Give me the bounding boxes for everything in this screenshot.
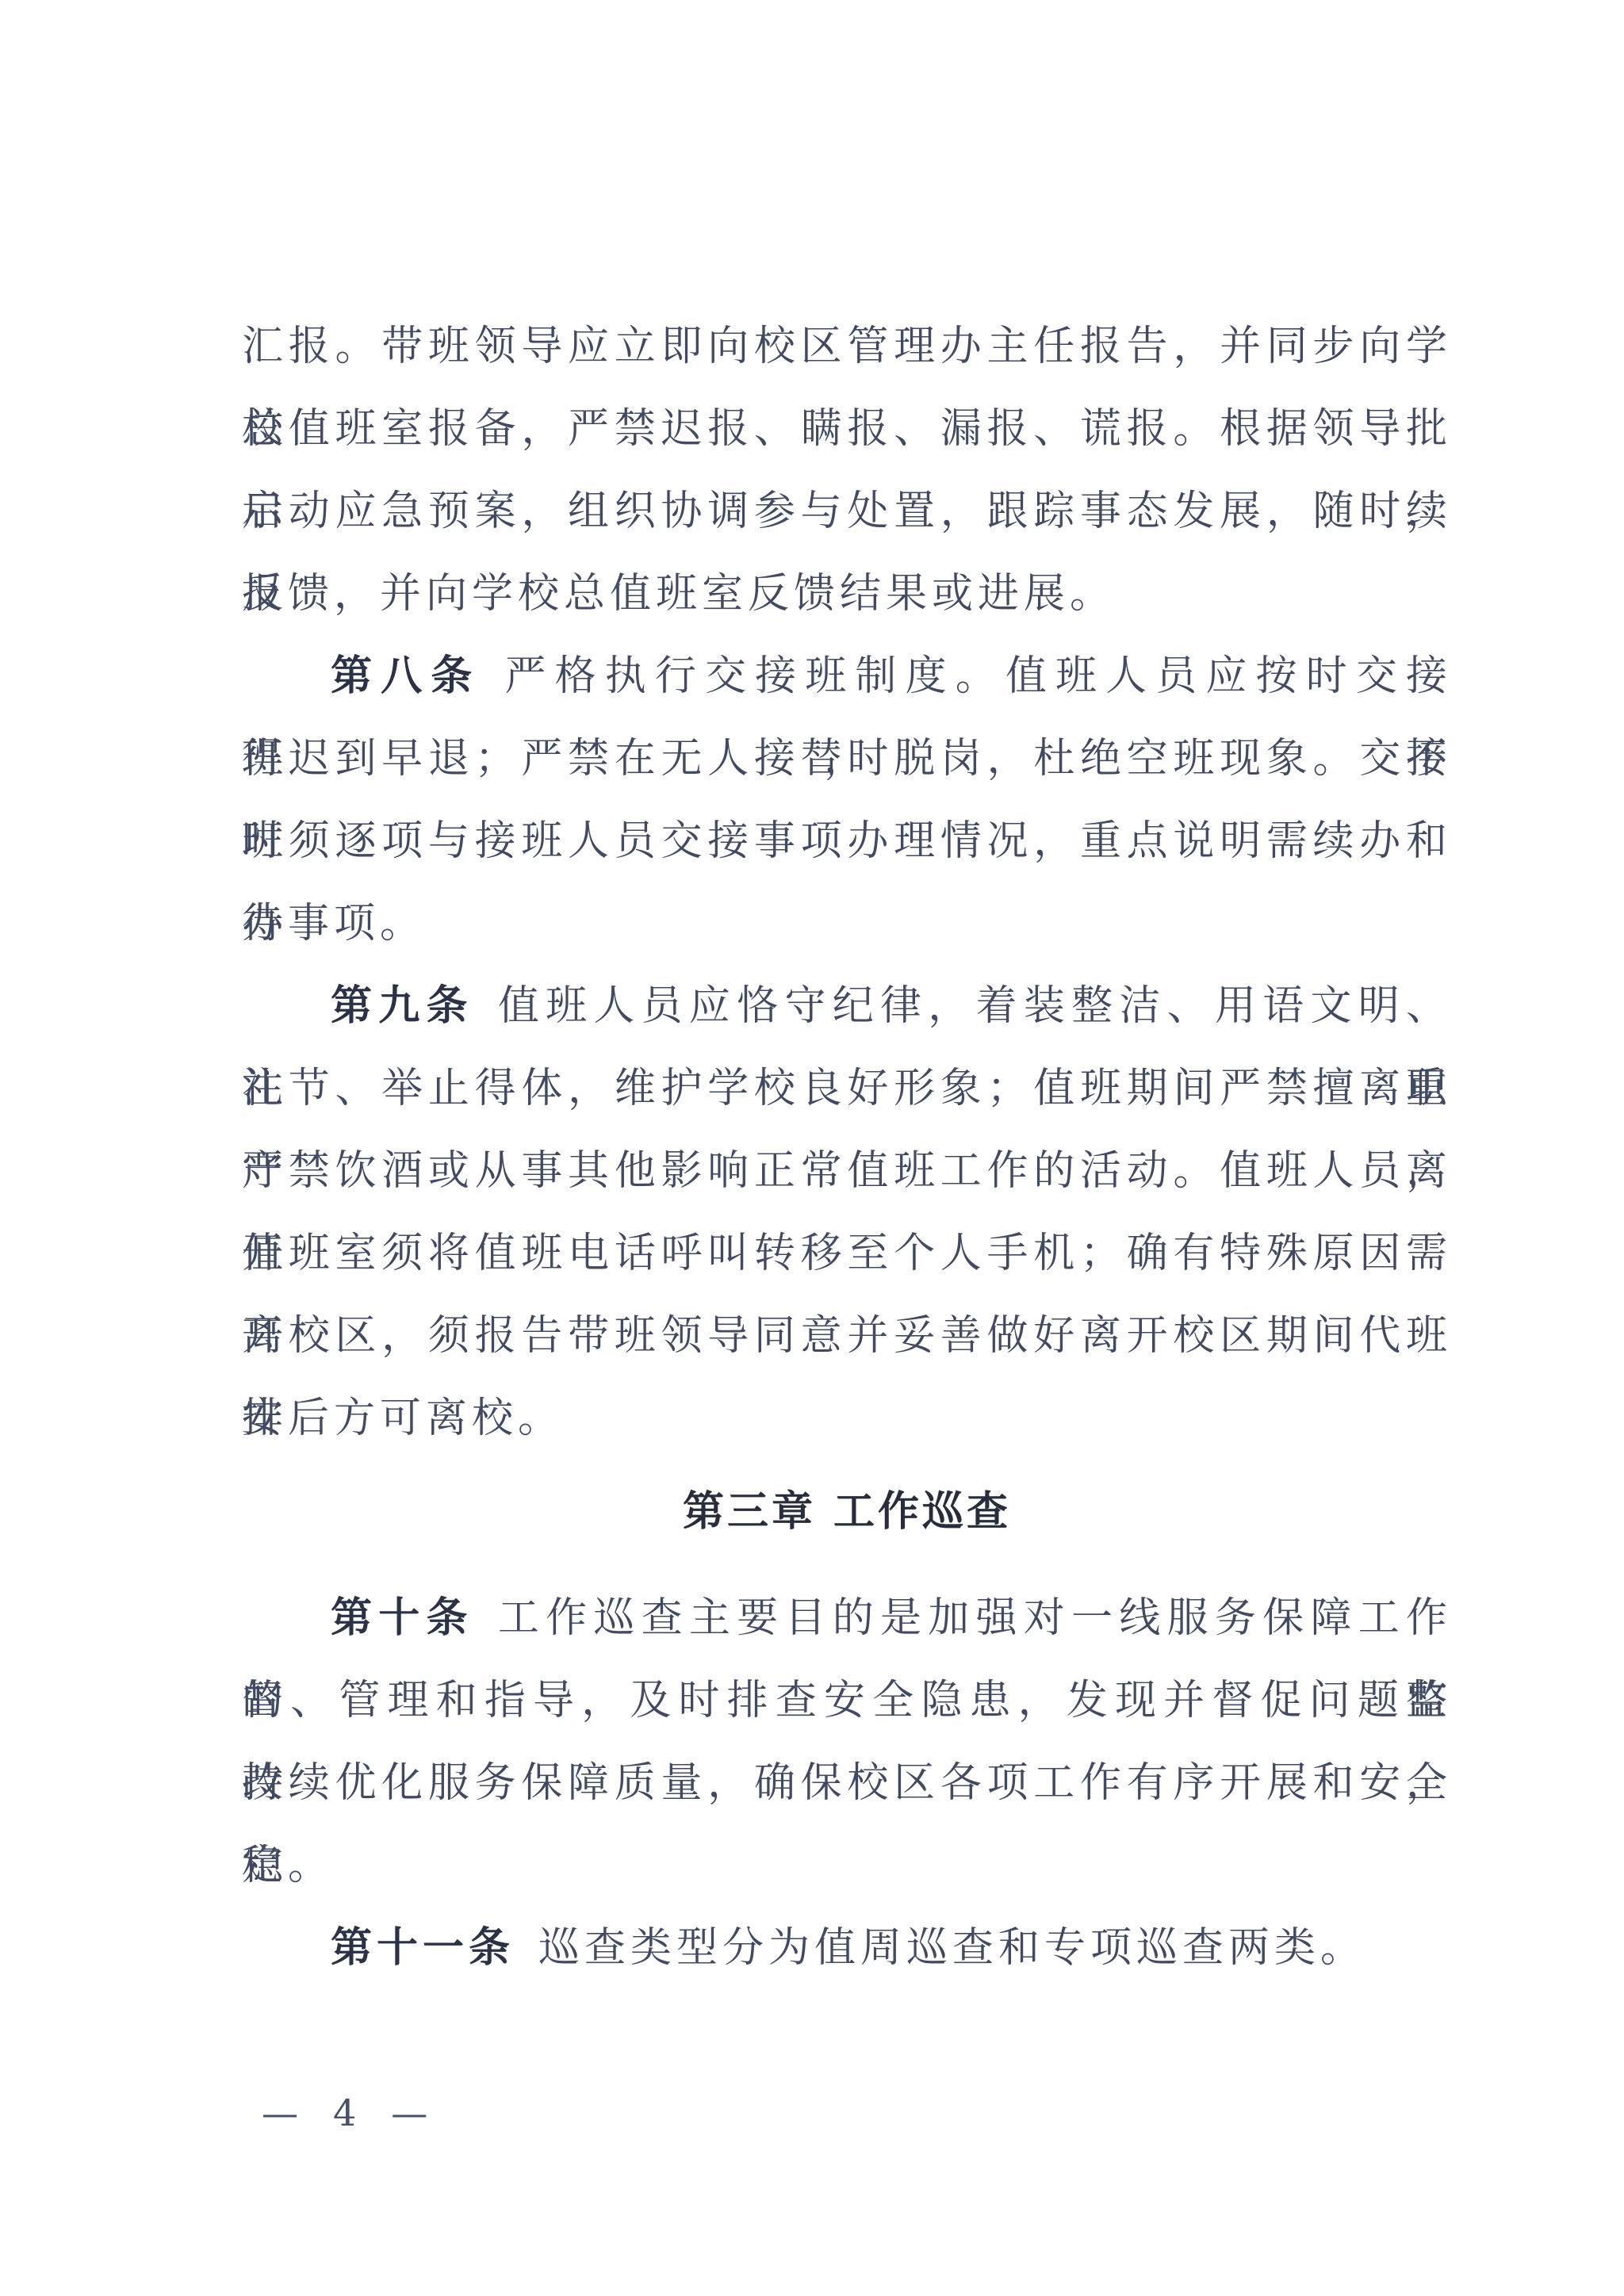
article-number: 第九条 (331, 982, 474, 1030)
text-line: 反馈，并向学校总值班室反馈结果或进展。 (242, 553, 1452, 635)
footer-right-dash: — (391, 2091, 427, 2134)
text-line: 礼节、举止得体，维护学校良好形象；值班期间严禁擅离职守， (242, 1047, 1452, 1130)
text-line: 持续优化服务保障质量，确保校区各项工作有序开展和安全稳 (242, 1742, 1452, 1824)
page-footer: — 4 — (262, 2091, 427, 2134)
text-line: 第十条工作巡查主要目的是加强对一线服务保障工作的监 (242, 1577, 1452, 1659)
text-line: 总值班室报备，严禁迟报、瞒报、漏报、谎报。根据领导批示， (242, 388, 1452, 470)
text-line: 办事项。 (242, 882, 1452, 965)
article-number: 第八条 (331, 652, 481, 700)
article-9: 第九条值班人员应恪守纪律，着装整洁、用语文明、注重 礼节、举止得体，维护学校良好… (242, 965, 1452, 1460)
text-line: 定。 (242, 1824, 1452, 1907)
text-line: 汇报。带班领导应立即向校区管理办主任报告，并同步向学校 (242, 305, 1452, 388)
document-page: 汇报。带班领导应立即向校区管理办主任报告，并同步向学校 总值班室报备，严禁迟报、… (0, 0, 1624, 2296)
article-11: 第十一条巡查类型分为值周巡查和专项巡查两类。 (242, 1907, 1452, 1989)
text-line: 督、管理和指导，及时排查安全隐患，发现并督促问题整改， (242, 1659, 1452, 1742)
text-line: 第十一条巡查类型分为值周巡查和专项巡查两类。 (242, 1907, 1452, 1989)
text-line: 值班室须将值班电话呼叫转移至个人手机；确有特殊原因需离 (242, 1212, 1452, 1295)
article-8: 第八条严格执行交接班制度。值班人员应按时交接班，不 得迟到早退；严禁在无人接替时… (242, 635, 1452, 965)
text-line: 启动应急预案，组织协调参与处置，跟踪事态发展，随时续报 (242, 470, 1452, 553)
text-line: 开校区，须报告带班领导同意并妥善做好离开校区期间代班安 (242, 1295, 1452, 1377)
article-10: 第十条工作巡查主要目的是加强对一线服务保障工作的监 督、管理和指导，及时排查安全… (242, 1577, 1452, 1907)
text-line: 排后方可离校。 (242, 1377, 1452, 1460)
text-line: 第九条值班人员应恪守纪律，着装整洁、用语文明、注重 (242, 965, 1452, 1047)
text-line: 得迟到早退；严禁在无人接替时脱岗，杜绝空班现象。交接班 (242, 717, 1452, 800)
article-text: 巡查类型分为值周巡查和专项巡查两类。 (538, 1924, 1366, 1972)
text-line: 时须逐项与接班人员交接事项办理情况，重点说明需续办和待 (242, 800, 1452, 882)
paragraph-continuation: 汇报。带班领导应立即向校区管理办主任报告，并同步向学校 总值班室报备，严禁迟报、… (242, 305, 1452, 635)
text-block: 汇报。带班领导应立即向校区管理办主任报告，并同步向学校 总值班室报备，严禁迟报、… (242, 305, 1452, 1989)
text-line: 严禁饮酒或从事其他影响正常值班工作的活动。值班人员离开 (242, 1130, 1452, 1212)
page-number: 4 (333, 2091, 356, 2134)
chapter-heading: 第三章 工作巡查 (242, 1471, 1452, 1553)
article-number: 第十一条 (331, 1923, 515, 1972)
footer-left-dash: — (262, 2091, 298, 2134)
article-number: 第十条 (331, 1594, 474, 1642)
text-line: 第八条严格执行交接班制度。值班人员应按时交接班，不 (242, 635, 1452, 717)
